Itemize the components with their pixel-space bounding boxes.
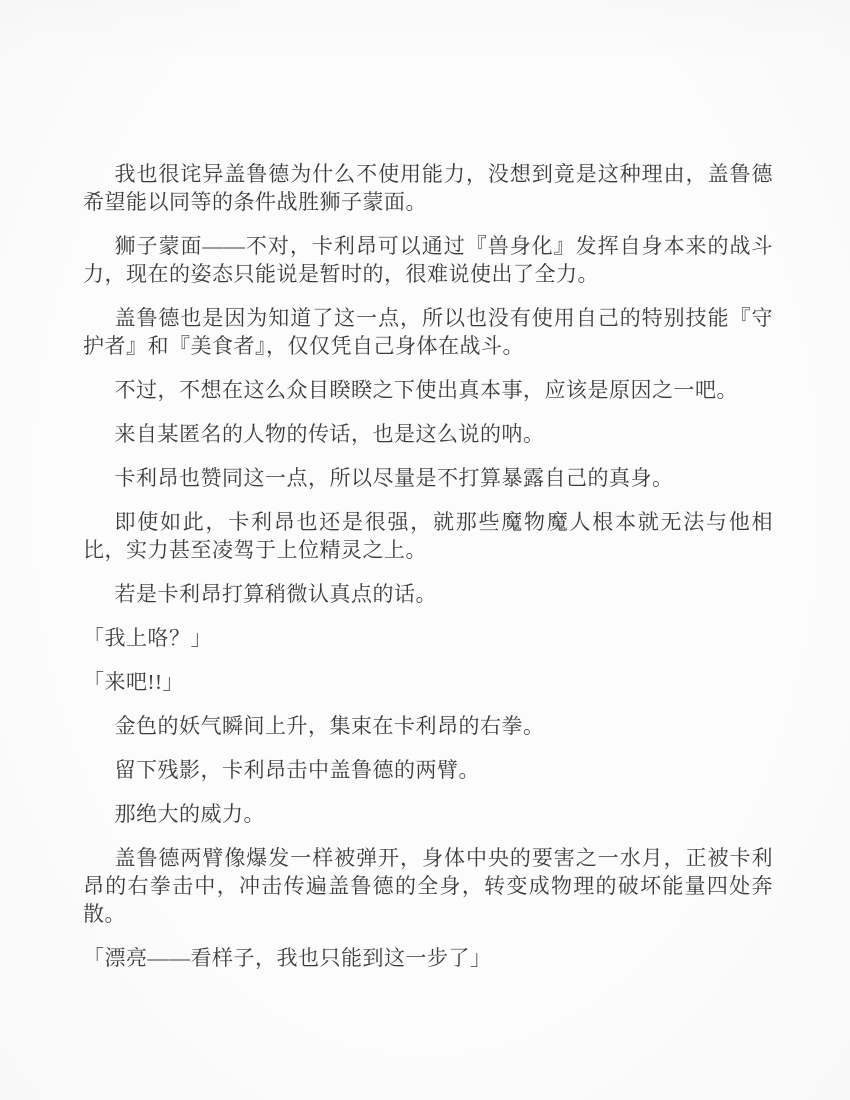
paragraph: 金色的妖气瞬间上升，集束在卡利昂的右拳。 (83, 712, 773, 740)
paragraph: 那绝大的威力。 (83, 800, 773, 828)
paragraph: 卡利昂也赞同这一点，所以尽量是不打算暴露自己的真身。 (83, 464, 773, 492)
paragraph: 即使如此，卡利昂也还是很强，就那些魔物魔人根本就无法与他相比，实力甚至凌驾于上位… (83, 508, 773, 564)
paragraph: 若是卡利昂打算稍微认真点的话。 (83, 580, 773, 608)
dialogue-line: 「漂亮——看样子，我也只能到这一步了」 (83, 944, 773, 972)
paragraph: 我也很诧异盖鲁德为什么不使用能力，没想到竟是这种理由，盖鲁德希望能以同等的条件战… (83, 160, 773, 216)
paragraph: 盖鲁德两臂像爆发一样被弹开，身体中央的要害之一水月，正被卡利昂的右拳击中，冲击传… (83, 844, 773, 928)
novel-text: 我也很诧异盖鲁德为什么不使用能力，没想到竟是这种理由，盖鲁德希望能以同等的条件战… (83, 160, 773, 988)
paragraph: 留下残影，卡利昂击中盖鲁德的两臂。 (83, 756, 773, 784)
paragraph: 来自某匿名的人物的传话，也是这么说的呐。 (83, 420, 773, 448)
paragraph: 不过，不想在这么众目睽睽之下使出真本事，应该是原因之一吧。 (83, 376, 773, 404)
paragraph: 狮子蒙面——不对，卡利昂可以通过『兽身化』发挥自身本来的战斗力，现在的姿态只能说… (83, 232, 773, 288)
dialogue-line: 「来吧!!」 (83, 668, 773, 696)
dialogue-line: 「我上咯？」 (83, 624, 773, 652)
paragraph: 盖鲁德也是因为知道了这一点，所以也没有使用自己的特别技能『守护者』和『美食者』，… (83, 304, 773, 360)
